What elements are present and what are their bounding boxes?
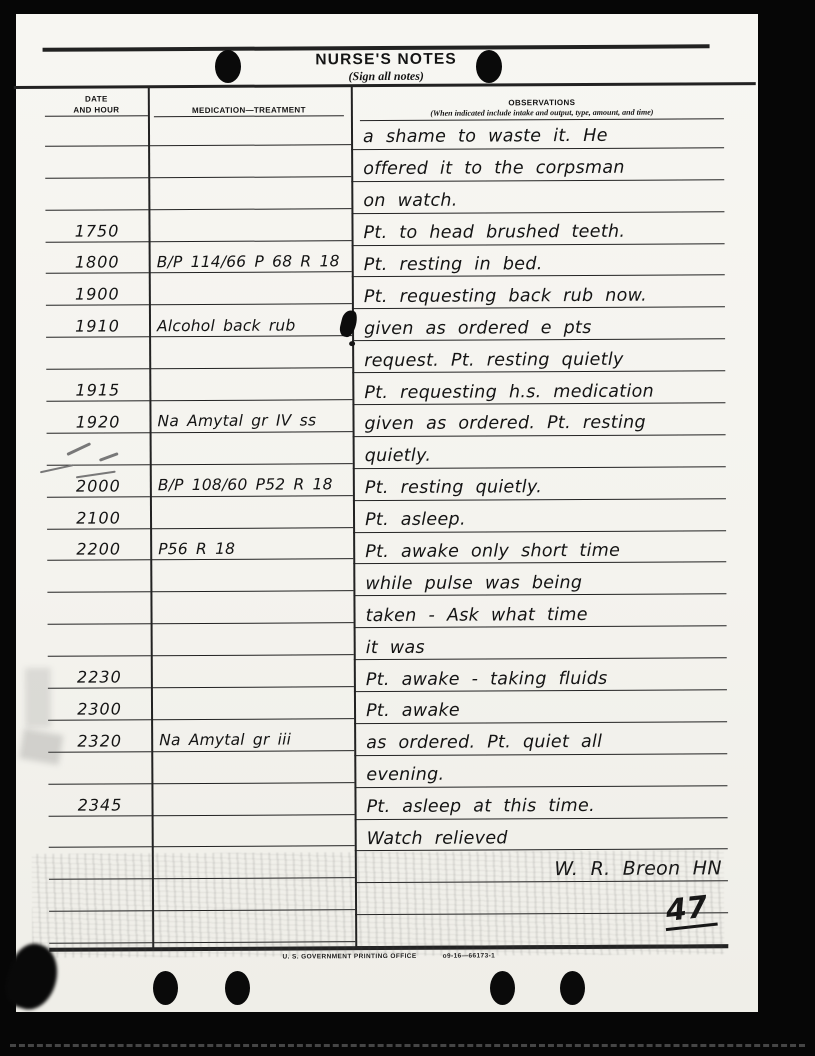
observation-cell: while pulse was being <box>353 563 726 597</box>
observation-value: taken - Ask what time <box>365 607 587 628</box>
date-cell <box>47 433 150 465</box>
observation-cell: Pt. to head brushed teeth. <box>351 212 724 246</box>
observation-value: quietly. <box>365 448 432 468</box>
observation-cell: quietly. <box>353 435 726 469</box>
date-hour-value: 1800 <box>75 255 120 273</box>
date-cell: 1750 <box>45 210 148 242</box>
medication-cell <box>149 368 352 401</box>
margin-smudge <box>25 668 51 728</box>
scanned-page-background: { "colors": { "paper": "#f5f4ef", "ink":… <box>0 0 815 1056</box>
date-hour-value: 2345 <box>78 797 123 815</box>
observation-value: a shame to waste it. He <box>363 128 608 149</box>
date-hour-value: 2300 <box>77 701 122 719</box>
observation-cell: Pt. requesting h.s. medication <box>352 371 725 405</box>
observation-cell: Pt. asleep. <box>353 499 726 533</box>
date-hour-value: 1920 <box>76 414 121 432</box>
date-cell: 2200 <box>47 529 150 561</box>
observation-value: Pt. asleep at this time. <box>366 798 595 819</box>
observation-value: while pulse was being <box>365 575 582 596</box>
date-hour-value: 2000 <box>76 478 121 496</box>
observation-value: Pt. resting in bed. <box>364 256 543 276</box>
date-hour-value: 2230 <box>77 669 122 687</box>
medication-cell: B/P 108/60 P52 R 18 <box>150 464 353 497</box>
medication-cell: Na Amytal gr IV ss <box>149 400 352 433</box>
observation-cell: it was <box>354 626 727 660</box>
medication-cell <box>149 336 352 369</box>
ink-dot <box>349 341 355 346</box>
observation-cell: Pt. requesting back rub now. <box>352 276 725 310</box>
medication-value: B/P 108/60 P52 R 18 <box>158 477 333 495</box>
medication-cell: Na Amytal gr iii <box>151 719 354 752</box>
date-cell <box>47 561 150 593</box>
date-cell <box>49 816 152 848</box>
medication-cell <box>151 623 354 656</box>
observation-value: request. Pt. resting quietly <box>364 351 624 372</box>
date-hour-value: 1915 <box>75 382 120 400</box>
nurses-notes-form: NURSE'S NOTES (Sign all notes) DATE AND … <box>13 12 760 1014</box>
date-cell: 2000 <box>47 465 150 497</box>
medication-cell <box>151 751 354 784</box>
punch-hole <box>490 971 515 1005</box>
observation-value: on watch. <box>363 193 457 213</box>
medication-cell <box>151 687 354 720</box>
medication-value: Alcohol back rub <box>157 318 296 336</box>
scanned-paper-sheet: NURSE'S NOTES (Sign all notes) DATE AND … <box>16 14 758 1012</box>
medication-cell <box>148 177 351 210</box>
date-cell: 1915 <box>46 369 149 401</box>
observation-cell: Pt. awake - taking fluids <box>354 658 727 692</box>
observation-cell: a shame to waste it. He <box>351 116 724 150</box>
punch-hole <box>560 971 585 1005</box>
observation-cell: Pt. awake only short time <box>353 531 726 565</box>
medication-cell <box>150 592 353 625</box>
observation-cell: Pt. resting quietly. <box>353 467 726 501</box>
date-cell: 2320 <box>48 720 151 752</box>
column-header-observations-label: OBSERVATIONS <box>508 98 575 109</box>
medication-cell: Alcohol back rub <box>149 305 352 338</box>
observation-value: evening. <box>366 767 444 787</box>
observation-cell: offered it to the corpsman <box>351 148 724 182</box>
date-cell <box>46 337 149 369</box>
photocopy-noise-band <box>32 850 725 958</box>
observation-value: Pt. requesting back rub now. <box>364 287 647 308</box>
observation-value: Pt. awake <box>366 703 460 723</box>
observation-value: Pt. requesting h.s. medication <box>364 383 654 404</box>
date-hour-value: 1900 <box>75 287 120 305</box>
date-hour-value: 2320 <box>77 733 122 751</box>
observation-cell: given as ordered. Pt. resting <box>352 403 725 437</box>
observation-cell: Pt. asleep at this time. <box>354 786 727 820</box>
observation-value: Pt. resting quietly. <box>365 479 542 499</box>
date-cell: 1920 <box>46 401 149 433</box>
date-cell: 2230 <box>48 656 151 688</box>
medication-cell <box>149 273 352 306</box>
medication-cell: P56 R 18 <box>150 528 353 561</box>
observation-value: Pt. awake - taking fluids <box>366 670 608 691</box>
observation-value: as ordered. Pt. quiet all <box>366 734 602 755</box>
observation-cell: as ordered. Pt. quiet all <box>354 722 727 756</box>
punch-hole <box>476 50 502 83</box>
observation-cell: given as ordered e pts <box>352 308 725 342</box>
medication-cell <box>150 496 353 529</box>
date-cell <box>47 593 150 625</box>
observation-value: Watch relieved <box>367 830 508 850</box>
punch-hole <box>225 971 250 1005</box>
medication-cell <box>150 432 353 465</box>
medication-cell <box>148 113 351 146</box>
date-cell: 1900 <box>46 274 149 306</box>
margin-smudge <box>19 729 63 765</box>
medication-cell <box>151 655 354 688</box>
date-cell <box>48 752 151 784</box>
observation-cell: Watch relieved <box>355 818 728 852</box>
observation-cell: Pt. resting in bed. <box>352 244 725 278</box>
date-cell <box>45 114 148 146</box>
table-body: a shame to waste it. He offered it to th… <box>45 116 728 949</box>
date-hour-value: 1910 <box>75 319 120 337</box>
date-hour-value: 2100 <box>76 510 121 528</box>
punch-hole <box>215 50 241 83</box>
observation-cell: on watch. <box>351 180 724 214</box>
punch-hole <box>153 971 178 1005</box>
observation-value: offered it to the corpsman <box>363 160 625 181</box>
date-hour-value: 1750 <box>75 223 120 241</box>
medication-cell <box>150 560 353 593</box>
medication-cell <box>148 209 351 242</box>
column-header-date-line1: DATE <box>85 95 108 106</box>
date-cell: 1800 <box>46 242 149 274</box>
observation-value: it was <box>366 639 425 659</box>
date-hour-value: 2200 <box>76 542 121 560</box>
date-cell: 1910 <box>46 306 149 338</box>
date-cell <box>48 624 151 656</box>
medication-value: P56 R 18 <box>158 542 235 560</box>
observation-value: Pt. to head brushed teeth. <box>363 224 625 245</box>
observation-value: given as ordered e pts <box>364 320 592 341</box>
column-header-date-hour: DATE AND HOUR <box>45 89 148 117</box>
medication-cell <box>152 815 355 848</box>
medication-cell: B/P 114/66 P 68 R 18 <box>149 241 352 274</box>
date-cell: 2300 <box>48 688 151 720</box>
observation-value: given as ordered. Pt. resting <box>364 415 645 436</box>
medication-cell <box>148 145 351 178</box>
observation-value: Pt. asleep. <box>365 512 466 532</box>
observation-cell: request. Pt. resting quietly <box>352 339 725 373</box>
date-cell <box>45 178 148 210</box>
observation-cell: Pt. awake <box>354 690 727 724</box>
medication-value: Na Amytal gr IV ss <box>157 414 316 432</box>
date-cell <box>45 146 148 178</box>
scan-edge-artifact <box>10 1044 805 1047</box>
medication-value: Na Amytal gr iii <box>159 733 291 751</box>
date-cell: 2100 <box>47 497 150 529</box>
date-cell: 2345 <box>48 784 151 816</box>
medication-value: B/P 114/66 P 68 R 18 <box>157 254 340 272</box>
observation-value: Pt. awake only short time <box>365 543 620 564</box>
observation-cell: taken - Ask what time <box>353 595 726 629</box>
observation-cell: evening. <box>354 754 727 788</box>
medication-cell <box>151 783 354 816</box>
